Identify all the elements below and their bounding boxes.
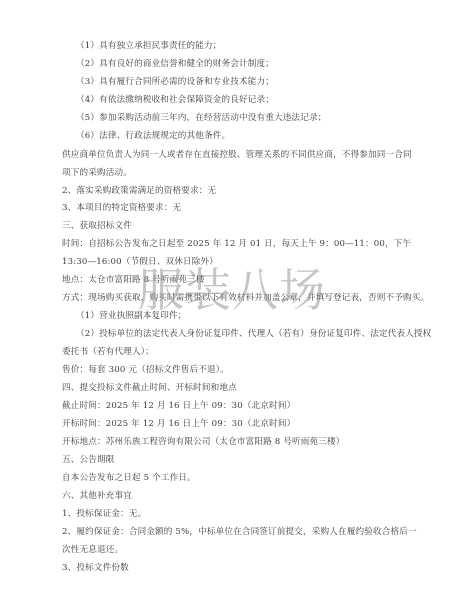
performance-bond-cont: 次性无息退还。	[62, 545, 123, 556]
document-price: 售价：每套 300 元（招标文件售后不退）。	[62, 365, 229, 376]
obtain-time-cont: 13:30—16:00（节假日、双休日除外）	[62, 257, 218, 268]
qualification-item-1: （1）具有独立承担民事责任的能力；	[76, 41, 222, 52]
submission-deadline: 截止时间：2025 年 12 月 16 日上午 09：30（北京时间）	[62, 401, 295, 412]
policy-requirement: 2、落实采购政策需满足的资格要求：无	[62, 186, 216, 197]
section-heading-announcement-period: 五、公告期限	[62, 455, 114, 466]
bid-opening-time: 开标时间：2025 年 12 月 16 日上午 09：30（北京时间）	[62, 419, 295, 430]
required-material-2-cont: 委托书（若有代理人）；	[62, 347, 154, 358]
qualification-item-4: （4）有依法缴纳税收和社会保障资金的良好记录；	[76, 95, 274, 106]
qualification-item-3: （3）具有履行合同所必需的设备和专业技术能力；	[76, 77, 274, 88]
supplier-restriction-text: 供应商单位负责人为同一人或者存在直接控股、管理关系的不同供应商，不得参加同一合同	[62, 150, 412, 161]
bid-opening-location: 开标地点：苏州乐族工程咨询有限公司（太仓市富阳路 8 号听雨苑三楼）	[62, 437, 344, 448]
document-page: （1）具有独立承担民事责任的能力； （2）具有良好的商业信誉和健全的财务会计制度…	[0, 0, 450, 600]
obtain-method: 方式：现场购买获取，购买时需携带以下有效材料并加盖公章，并填写登记表，否则不予购…	[62, 293, 429, 304]
supplier-restriction-text-cont: 项下的采购活动。	[62, 168, 132, 179]
performance-bond: 2、履约保证金：合同金额的 5%，中标单位在合同签订前提交，采购人在履约验收合格…	[62, 527, 417, 538]
obtain-time: 时间：自招标公告发布之日起至 2025 年 12 月 01 日，每天上午 9：0…	[62, 239, 411, 250]
section-heading-other-matters: 六、其他补充事宜	[62, 491, 132, 502]
specific-requirement: 3、本项目的特定资格要求：无	[62, 203, 181, 214]
required-material-1: （1）营业执照副本复印件；	[76, 311, 187, 322]
qualification-item-5: （5）参加采购活动前三年内，在经营活动中没有重大违法记录；	[76, 113, 326, 124]
required-material-2: （2）投标单位的法定代表人身份证复印件、代理人（若有）身份证复印件、法定代表人授…	[76, 329, 431, 340]
announcement-period: 自本公告发布之日起 5 个工作日。	[62, 473, 196, 484]
bid-document-copies: 3、投标文件份数	[62, 563, 129, 574]
qualification-item-6: （6）法律、行政法规规定的其他条件。	[76, 131, 230, 142]
bid-bond: 1、投标保证金：无。	[62, 509, 146, 520]
watermark: 服装八场	[138, 262, 326, 318]
qualification-item-2: （2）具有良好的商业信誉和健全的财务会计制度；	[76, 59, 274, 70]
obtain-location: 地点：太仓市富阳路 8 号听雨苑三楼	[62, 275, 205, 286]
section-heading-submission: 四、提交投标文件截止时间、开标时间和地点	[62, 383, 237, 394]
section-heading-obtain-documents: 三、获取招标文件	[62, 221, 132, 232]
